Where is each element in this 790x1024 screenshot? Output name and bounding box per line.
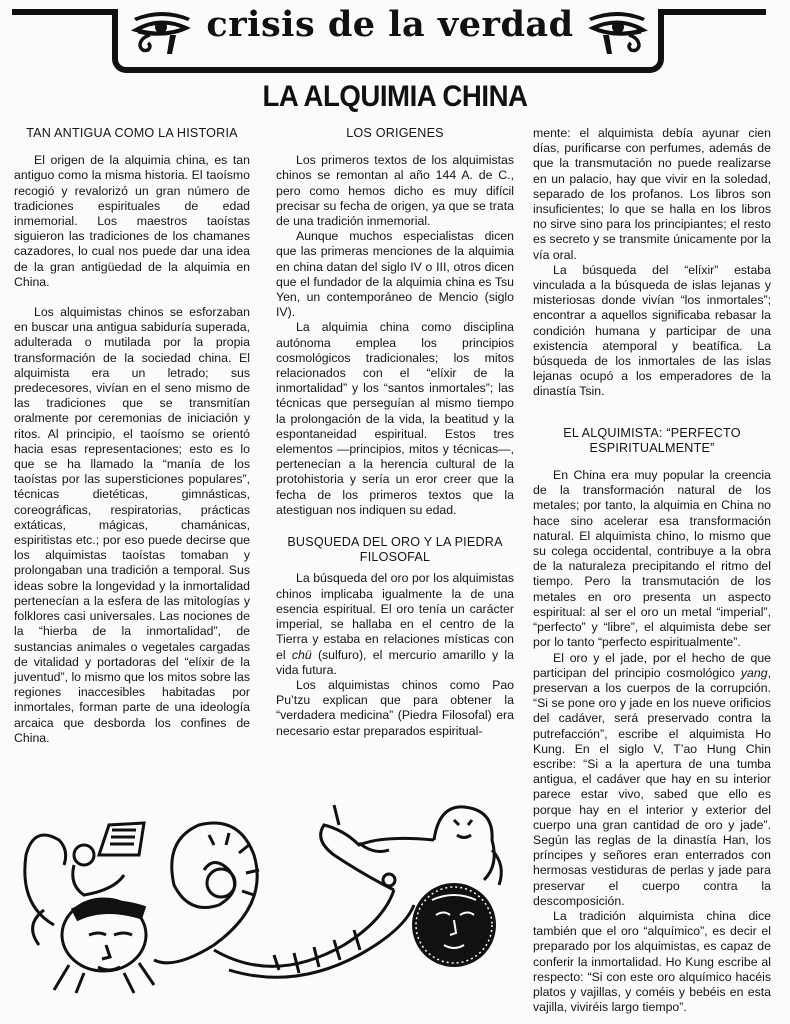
eye-of-horus-icon xyxy=(130,8,194,56)
woodcut-dragon-illustration xyxy=(14,795,514,995)
masthead-rule-right xyxy=(664,9,766,15)
section-heading: BUSQUEDA DEL ORO Y LA PIEDRA FILOSOFAL xyxy=(276,535,514,565)
paragraph: Los alquimistas chinos se esforzaban en … xyxy=(14,305,250,746)
paragraph: La tradición alquimista china dice tambi… xyxy=(533,909,771,1015)
column-2: LOS ORIGENES Los primeros textos de los … xyxy=(276,126,514,739)
paragraph: El origen de la alquimia china, es tan a… xyxy=(14,153,250,290)
masthead-title: crisis de la verdad xyxy=(190,2,590,48)
section-heading: LOS ORIGENES xyxy=(276,126,514,141)
paragraph: La alquimia china como disciplina autóno… xyxy=(276,320,514,518)
section-heading: EL ALQUIMISTA: “PERFECTO ESPIRITUALMENTE… xyxy=(533,426,771,456)
article-title: LA ALQUIMIA CHINA xyxy=(32,80,759,114)
column-3: mente: el alquimista debía ayunar cien d… xyxy=(533,126,771,1015)
italic-term: yang xyxy=(741,666,768,680)
paragraph-text: , preservan a los cuerpos de la corrupci… xyxy=(533,666,771,908)
masthead: crisis de la verdad xyxy=(0,0,790,80)
paragraph: Aunque muchos especialistas dicen que la… xyxy=(276,229,514,320)
paragraph: El oro y el jade, por el hecho de que pa… xyxy=(533,651,771,909)
masthead-rule-left xyxy=(12,9,118,15)
column-1: TAN ANTIGUA COMO LA HISTORIA El origen d… xyxy=(14,126,250,746)
paragraph: Los alquimistas chinos como Pao Pu’tzu e… xyxy=(276,678,514,739)
eye-of-horus-icon xyxy=(585,8,649,56)
paragraph-text: El oro y el jade, por el hecho de que pa… xyxy=(533,651,771,680)
paragraph: La búsqueda del “elíxir” estaba vinculad… xyxy=(533,263,771,400)
paragraph-continued: mente: el alquimista debía ayunar cien d… xyxy=(533,126,771,263)
section-heading: TAN ANTIGUA COMO LA HISTORIA xyxy=(14,126,250,141)
italic-term: chü xyxy=(292,648,312,662)
paragraph-text: (sulfuro), el mercurio amarillo y la vid… xyxy=(276,648,514,677)
paragraph: La búsqueda del oro por los alquimistas … xyxy=(276,571,514,677)
paragraph: Los primeros textos de los alquimistas c… xyxy=(276,153,514,229)
paragraph: En China era muy popular la creencia de … xyxy=(533,468,771,650)
